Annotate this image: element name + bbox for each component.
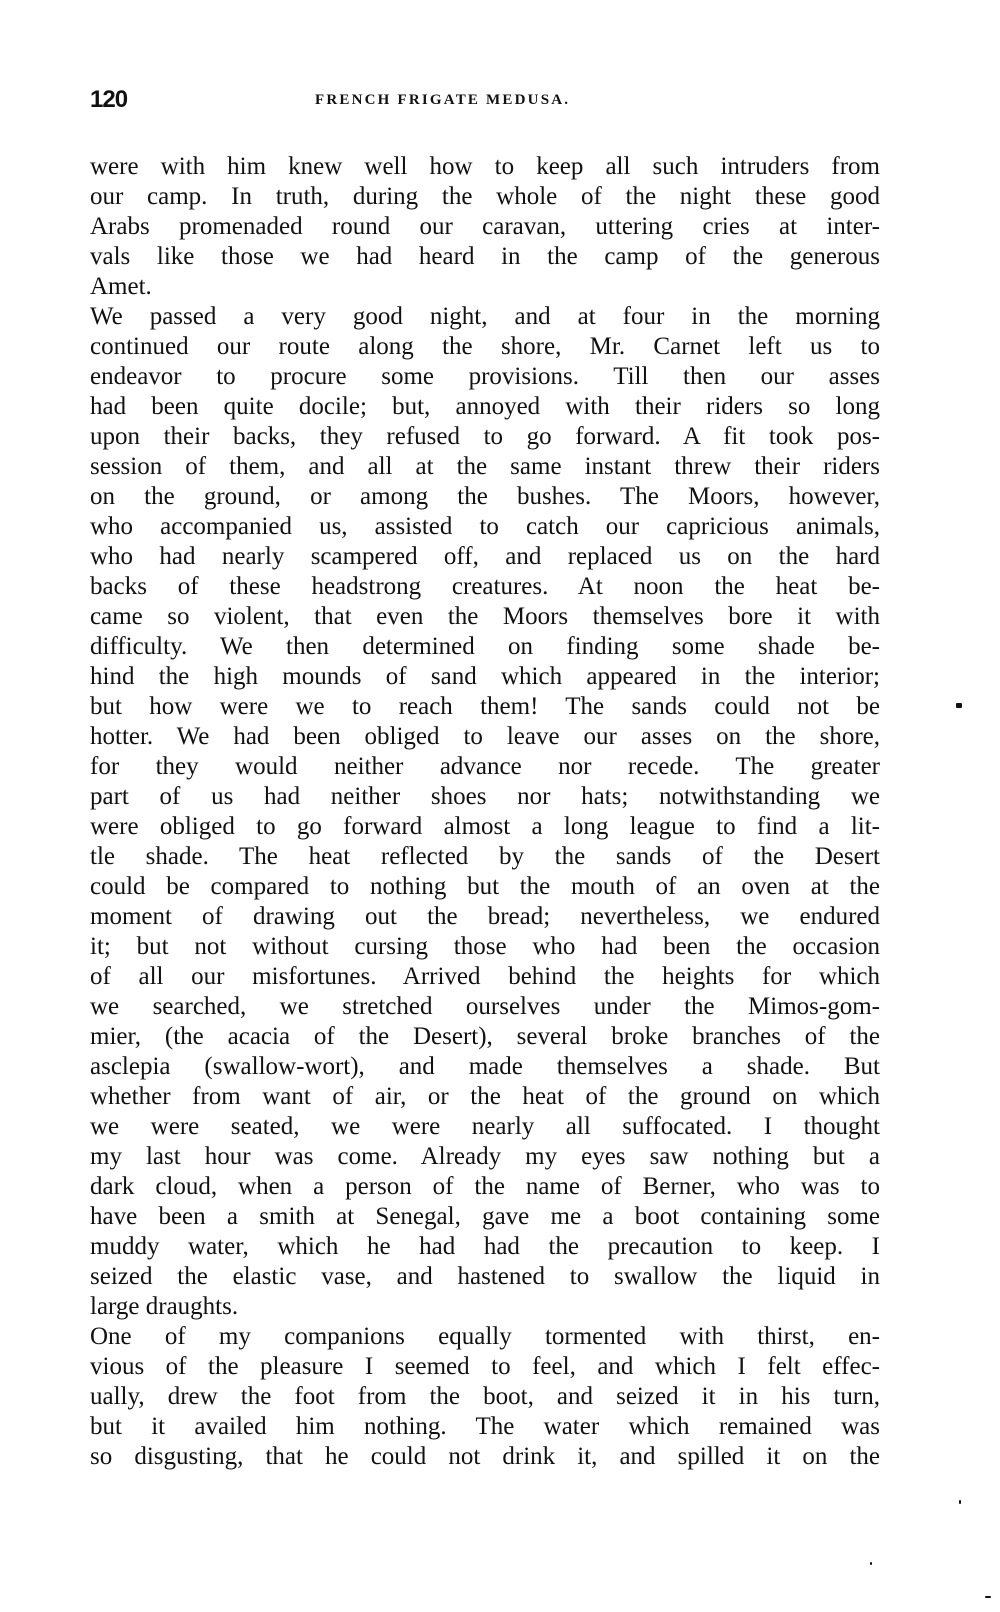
- text-line: vious of the pleasure I seemed to feel, …: [90, 1352, 880, 1382]
- text-line: session of them, and all at the same ins…: [90, 452, 880, 482]
- running-head: 120 FRENCH FRIGATE MEDUSA.: [90, 86, 880, 116]
- text-line: continued our route along the shore, Mr.…: [90, 332, 880, 362]
- text-line: so disgusting, that he could not drink i…: [90, 1442, 880, 1472]
- text-line: large draughts.: [90, 1292, 880, 1322]
- text-line: whether from want of air, or the heat of…: [90, 1082, 880, 1112]
- text-line: on the ground, or among the bushes. The …: [90, 482, 880, 512]
- text-line: Amet.: [90, 272, 880, 302]
- text-line: my last hour was come. Already my eyes s…: [90, 1142, 880, 1172]
- text-line: we were seated, we were nearly all suffo…: [90, 1112, 880, 1142]
- page-number: 120: [90, 86, 127, 114]
- text-line: had been quite docile; but, annoyed with…: [90, 392, 880, 422]
- text-line: dark cloud, when a person of the name of…: [90, 1172, 880, 1202]
- text-line: our camp. In truth, during the whole of …: [90, 182, 880, 212]
- text-line: were with him knew well how to keep all …: [90, 152, 880, 182]
- text-line: part of us had neither shoes nor hats; n…: [90, 782, 880, 812]
- text-line: difficulty. We then determined on findin…: [90, 632, 880, 662]
- paragraph-start-line: We passed a very good night, and at four…: [90, 302, 880, 332]
- text-line: who accompanied us, assisted to catch ou…: [90, 512, 880, 542]
- text-line: it; but not without cursing those who ha…: [90, 932, 880, 962]
- text-line: hind the high mounds of sand which appea…: [90, 662, 880, 692]
- text-line: vals like those we had heard in the camp…: [90, 242, 880, 272]
- text-line: moment of drawing out the bread; neverth…: [90, 902, 880, 932]
- text-line: have been a smith at Senegal, gave me a …: [90, 1202, 880, 1232]
- text-line: asclepia (swallow-wort), and made themse…: [90, 1052, 880, 1082]
- text-line: came so violent, that even the Moors the…: [90, 602, 880, 632]
- text-line: mier, (the acacia of the Desert), severa…: [90, 1022, 880, 1052]
- text-line: tle shade. The heat reflected by the san…: [90, 842, 880, 872]
- scan-speck: [959, 1500, 961, 1504]
- text-line: could be compared to nothing but the mou…: [90, 872, 880, 902]
- scan-speck: [985, 1596, 991, 1598]
- text-line: we searched, we stretched ourselves unde…: [90, 992, 880, 1022]
- running-title: FRENCH FRIGATE MEDUSA.: [315, 92, 570, 109]
- text-line: for they would neither advance nor reced…: [90, 752, 880, 782]
- text-line: muddy water, which he had had the precau…: [90, 1232, 880, 1262]
- text-line: but how were we to reach them! The sands…: [90, 692, 880, 722]
- text-line: seized the elastic vase, and hastened to…: [90, 1262, 880, 1292]
- text-line: ually, drew the foot from the boot, and …: [90, 1382, 880, 1412]
- book-page: 120 FRENCH FRIGATE MEDUSA. were with him…: [0, 0, 1000, 1612]
- text-line: hotter. We had been obliged to leave our…: [90, 722, 880, 752]
- text-line: of all our misfortunes. Arrived behind t…: [90, 962, 880, 992]
- text-line: endeavor to procure some provisions. Til…: [90, 362, 880, 392]
- text-line: upon their backs, they refused to go for…: [90, 422, 880, 452]
- text-line: but it availed him nothing. The water wh…: [90, 1412, 880, 1442]
- scan-speck: [956, 703, 962, 708]
- text-line: backs of these headstrong creatures. At …: [90, 572, 880, 602]
- text-line: who had nearly scampered off, and replac…: [90, 542, 880, 572]
- paragraph-start-line: One of my companions equally tormented w…: [90, 1322, 880, 1352]
- body-text: were with him knew well how to keep all …: [90, 152, 880, 1472]
- text-line: Arabs promenaded round our caravan, utte…: [90, 212, 880, 242]
- scan-speck: [870, 1562, 872, 1565]
- text-line: were obliged to go forward almost a long…: [90, 812, 880, 842]
